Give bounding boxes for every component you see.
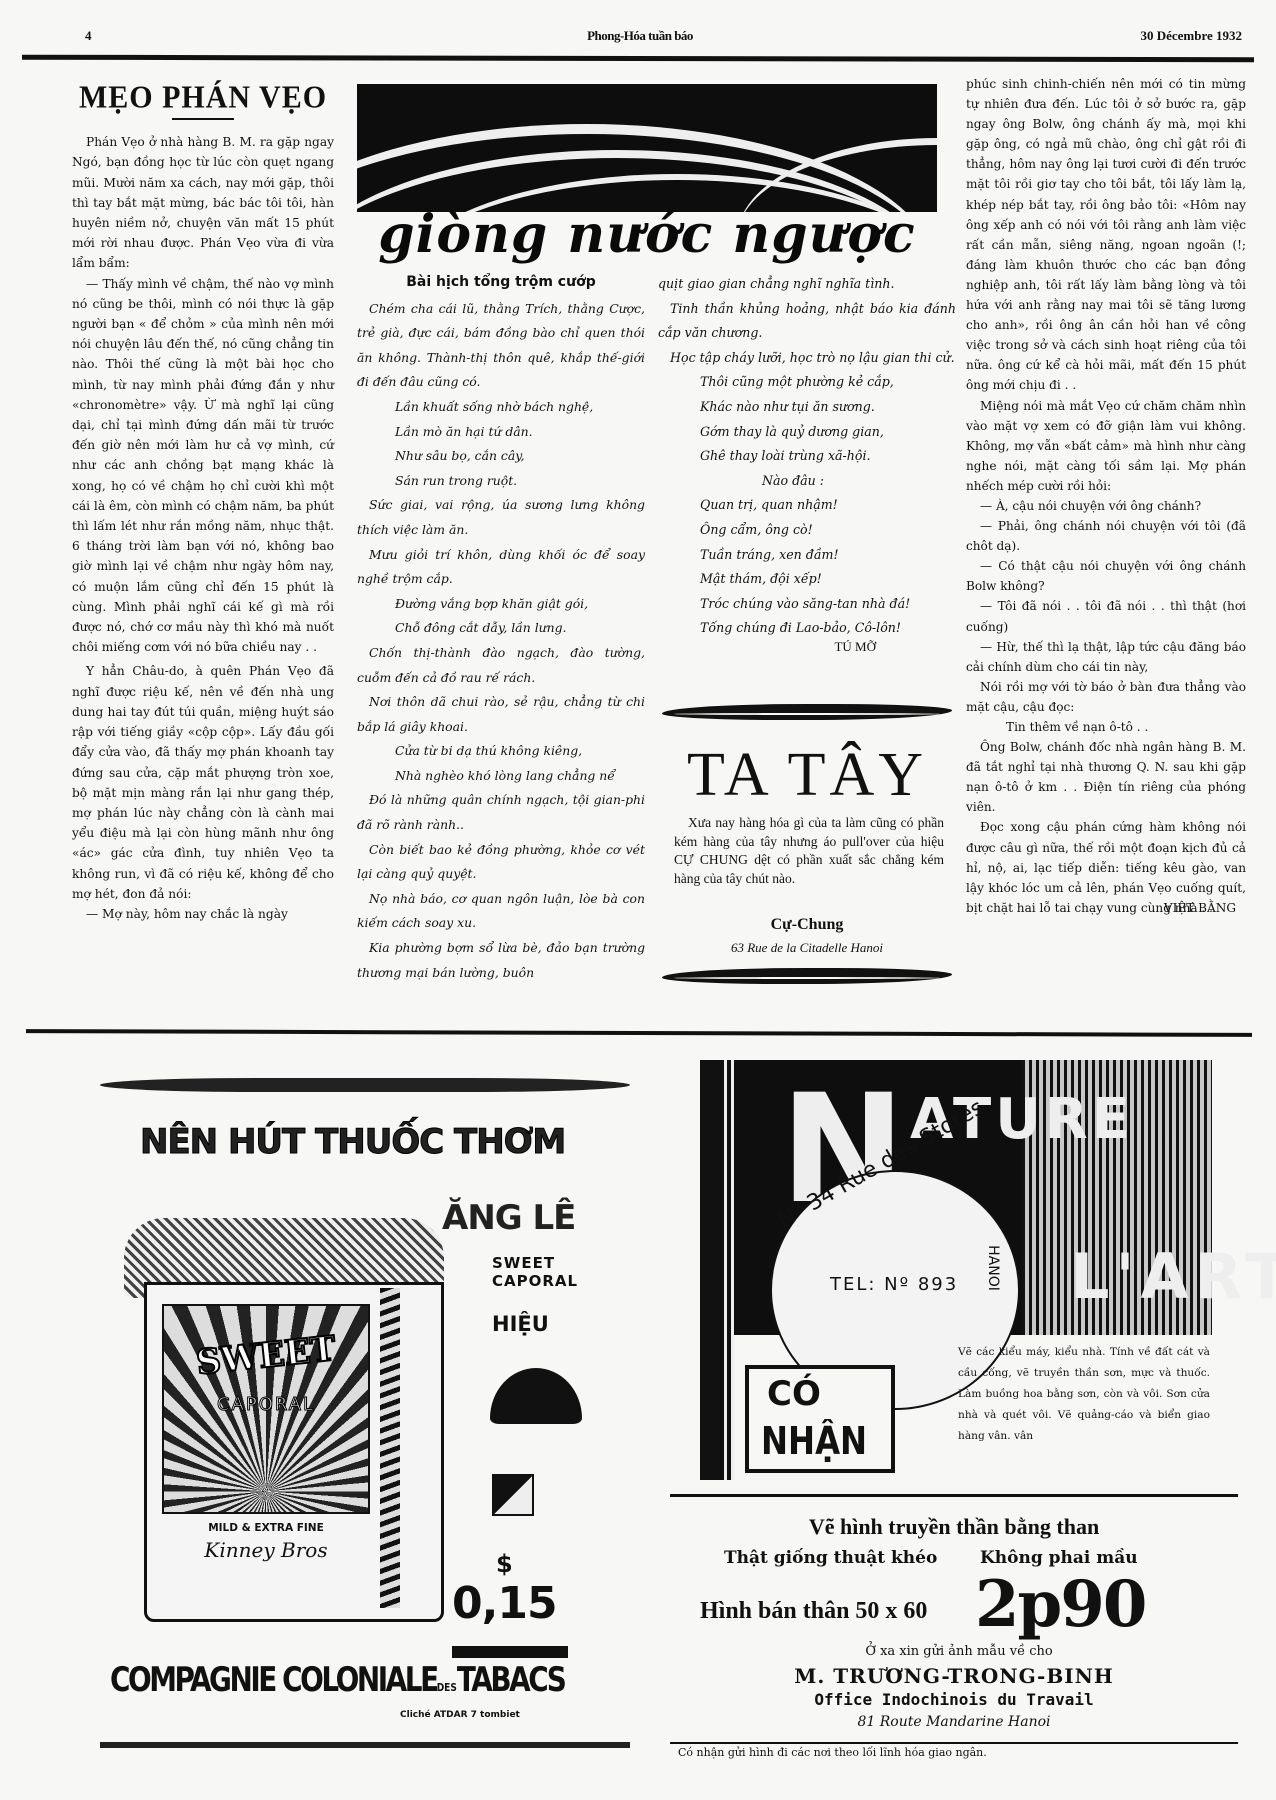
ad-size: Hình bán thân 50 x 60 — [700, 1598, 927, 1625]
paragraph: Miệng nói mà mắt Vẹo cứ chăm chăm nhìn v… — [966, 396, 1246, 496]
cigarette-tin-illustration: SWEET CAPORAL MILD & EXTRA FINE Kinney B… — [144, 1218, 424, 1658]
letters-art: L'ART — [1070, 1240, 1276, 1313]
article-subtitle: Bài hịch tổng trộm cướp — [357, 270, 645, 295]
nhan-label: NHẬN — [761, 1419, 867, 1463]
ad-body: Xưa nay hàng hóa gì của ta làm cũng có p… — [674, 814, 944, 888]
verse-line: Tróc chúng vào săng-tan nhà đá! — [658, 592, 956, 617]
tin-mild-text: MILD & EXTRA FINE — [162, 1522, 370, 1534]
hieu-label: HIỆU — [492, 1312, 549, 1336]
tin-signature: Kinney Bros — [162, 1538, 370, 1562]
company-main: COMPAGNIE COLONIALE — [110, 1660, 437, 1700]
ad-tagline-left: Thật giống thuật khéo — [724, 1548, 937, 1568]
paragraph: Còn biết bao kẻ đồng phường, khỏe cơ vét… — [357, 838, 645, 887]
paragraph: phúc sinh chinh-chiến nên mới có tin mừn… — [966, 74, 1246, 396]
cliche-credit: Cliché ATDAR 7 tombiet — [400, 1710, 520, 1720]
left-stripes — [720, 1060, 734, 1480]
ad-bottom-rule — [670, 1742, 1238, 1744]
ad-name: M. TRƯƠNG-TRONG-BINH — [670, 1664, 1238, 1688]
masthead: 4 Phong-Hóa tuần báo 30 Décembre 1932 — [20, 22, 1260, 52]
wave-divider — [662, 968, 952, 984]
dialogue-line: — À, cậu nói chuyện với ông chánh? — [966, 496, 1246, 516]
masthead-rule — [22, 55, 1254, 63]
ad-bottom-rule — [100, 1742, 630, 1748]
dialogue-line: — Có thật cậu nói chuyện với ông chánh B… — [966, 556, 1246, 596]
verse-line: Lần mò ăn hại tứ dân. — [357, 420, 645, 445]
ad-city: HANOI — [985, 1245, 1001, 1291]
article-bai-hich-col-a: Bài hịch tổng trộm cướp Chém cha cái lũ,… — [357, 270, 645, 985]
dialogue-line: — Phải, ông chánh nói chuyện với tôi (đã… — [966, 516, 1246, 556]
verse-line: Mật thám, đội xếp! — [658, 567, 956, 592]
verse-line: Khác nào như tụi ăn sương. — [658, 395, 956, 420]
ad-ta-tay: TA TÂY Xưa nay hàng hóa gì của ta làm cũ… — [662, 700, 952, 992]
article-bai-hich-col-b: quịt giao gian chẳng nghĩ nghĩa tình. Ti… — [658, 272, 956, 660]
verse-line: Ghê thay loài trùng xã-hội. — [658, 444, 956, 469]
verse-line: Sán run trong ruột. — [357, 469, 645, 494]
paragraph: quịt giao gian chẳng nghĩ nghĩa tình. — [658, 272, 956, 297]
article-meo-phan-veo: MẸO PHÁN VẸO Phán Vẹo ở nhà hàng B. M. r… — [72, 82, 334, 924]
quote-body: Ông Bolw, chánh đốc nhà ngân hàng B. M. … — [966, 737, 1246, 817]
ad-instruction: Ở xa xin gửi ảnh mẫu về cho — [670, 1644, 1238, 1659]
verse-line: Nhà nghèo khó lòng lang chẳng nể — [357, 764, 645, 789]
verse-line: Đường vắng bợp khăn giật gói, — [357, 592, 645, 617]
currency-symbol: $ — [496, 1550, 513, 1578]
paragraph: Y hẳn Châu-do, à quên Phán Vẹo đã nghĩ đ… — [72, 661, 334, 903]
verse-line: Cửa từ bi dạ thú không kiêng, — [357, 739, 645, 764]
ad-nature-lart: N ATURE Nº 34 Rue des Stores TEL: Nº 893… — [700, 1060, 1212, 1480]
paragraph: — Mợ này, hôm nay chắc là ngày — [72, 904, 334, 924]
banner-title: giòng nước ngược — [357, 204, 937, 265]
verse-line: Lần khuất sống nhờ bách nghệ, — [357, 395, 645, 420]
paragraph: Chém cha cái lũ, thằng Trích, thằng Cược… — [357, 297, 645, 395]
verse-line: Thôi cũng một phường kẻ cắp, — [658, 370, 956, 395]
ad-price: 2p90 — [975, 1570, 1145, 1640]
ad-telephone: TEL: Nº 893 — [830, 1274, 958, 1295]
issue-date: 30 Décembre 1932 — [1140, 28, 1242, 44]
co-nhan-box: CÓ NHẬN — [745, 1365, 895, 1473]
author-signature: TÚ MỠ — [658, 635, 956, 660]
verse-line: Gớm thay là quỷ dương gian, — [658, 420, 956, 445]
paragraph: Chốn thị-thành đào ngạch, đào tường, cuỗ… — [357, 641, 645, 690]
dialogue-line: — Tôi đã nói . . tôi đã nói . . thì thật… — [966, 596, 1246, 636]
ad-brand-sweet: SWEET CAPORAL — [492, 1254, 578, 1290]
ad-address: 63 Rue de la Citadelle Hanoi — [662, 940, 952, 956]
ad-address: 81 Route Mandarine Hanoi — [670, 1714, 1238, 1730]
flag-icon — [492, 1474, 534, 1516]
caporal-label: CAPORAL — [492, 1272, 578, 1290]
ad-top-rule — [670, 1494, 1238, 1497]
banner-giong-nuoc-nguoc: giòng nước ngược — [357, 84, 937, 270]
price-underline — [452, 1646, 568, 1658]
sweet-label: SWEET — [492, 1254, 578, 1272]
ad-description: Vẽ các kiểu máy, kiểu nhà. Tính về đất c… — [958, 1342, 1210, 1447]
paragraph: Nói rồi mợ với tờ báo ở bàn đưa thẳng và… — [966, 677, 1246, 717]
paragraph: Học tập cháy lưỡi, học trò nọ lậu gian t… — [658, 346, 956, 371]
tin-side — [380, 1288, 400, 1608]
ad-tagline-right: Không phai mầu — [980, 1548, 1138, 1568]
section-rule — [26, 1029, 1252, 1037]
ad-brand: ĂNG LÊ — [442, 1198, 575, 1238]
ad-price: 0,15 — [452, 1578, 557, 1629]
article-meo-phan-veo-continued: phúc sinh chinh-chiến nên mới có tin mừn… — [966, 74, 1246, 918]
ad-sweet-caporal: NÊN HÚT THUỐC THƠM ĂNG LÊ SWEET CAPORAL … — [100, 1050, 630, 1750]
company-tail: TABACS — [457, 1660, 565, 1700]
verse-line: Chỗ đông cắt dẫy, lần lưng. — [357, 616, 645, 641]
company-des: DES — [437, 1681, 457, 1694]
paragraph: Tinh thần khủng hoảng, nhật báo kia đánh… — [658, 297, 956, 346]
company-name: COMPAGNIE COLONIALEDESTABACS — [110, 1660, 536, 1700]
left-bar — [700, 1060, 720, 1480]
verse-line: Nào đâu : — [658, 469, 956, 494]
article-title: MẸO PHÁN VẸO — [72, 87, 334, 108]
newspaper-title: Phong-Hóa tuần báo — [20, 28, 1260, 44]
paragraph: Nơi thôn dã chui rào, sẻ rậu, chẳng từ c… — [357, 690, 645, 739]
paragraph: Kia phường bợm sổ lừa bè, đảo bạn trường… — [357, 936, 645, 985]
ad-headline: NÊN HÚT THUỐC THƠM — [140, 1122, 565, 1162]
co-label: CÓ — [767, 1375, 821, 1413]
verse-line: Ông cẩm, ông cò! — [658, 518, 956, 543]
ad-brand: Cự-Chung — [662, 916, 952, 934]
paragraph: — Thấy mình về chậm, thế nào vợ mình nó … — [72, 274, 334, 658]
paragraph: Đó là những quân chính ngạch, tội gian-p… — [357, 788, 645, 837]
title-divider — [172, 118, 234, 120]
hat-icon — [490, 1368, 582, 1424]
ad-headline: TA TÂY — [662, 744, 952, 806]
verse-line: Quan trị, quan nhậm! — [658, 493, 956, 518]
wave-divider — [100, 1078, 630, 1092]
verse-line: Tuần tráng, xen đầm! — [658, 543, 956, 568]
paragraph: Mưu giỏi trí khôn, dùng khối óc để soay … — [357, 543, 645, 592]
paragraph: Nọ nhà báo, cơ quan ngôn luận, lòe bà co… — [357, 887, 645, 936]
ad-headline: Vẽ hình truyền thần bằng than — [670, 1514, 1238, 1540]
banner-illustration — [357, 84, 937, 212]
paragraph: Phán Vẹo ở nhà hàng B. M. ra gặp ngay Ng… — [72, 132, 334, 273]
dialogue-line: — Hừ, thế thì lạ thật, lập tức cậu đăng … — [966, 637, 1246, 677]
ad-office: Office Indochinois du Travail — [670, 1690, 1238, 1709]
quote-title: Tin thêm về nạn ô-tô . . — [966, 717, 1246, 737]
paragraph: Sức giai, vai rộng, úa sương lưng không … — [357, 493, 645, 542]
ad-footer: Có nhận gửi hình đi các nơi theo lối lĩn… — [678, 1746, 987, 1759]
ad-portrait: Vẽ hình truyền thần bằng than Thật giống… — [670, 1494, 1238, 1764]
tin-caporal-text: CAPORAL — [162, 1394, 370, 1415]
wave-divider — [662, 704, 952, 720]
verse-line: Như sâu bọ, cắn cây, — [357, 444, 645, 469]
